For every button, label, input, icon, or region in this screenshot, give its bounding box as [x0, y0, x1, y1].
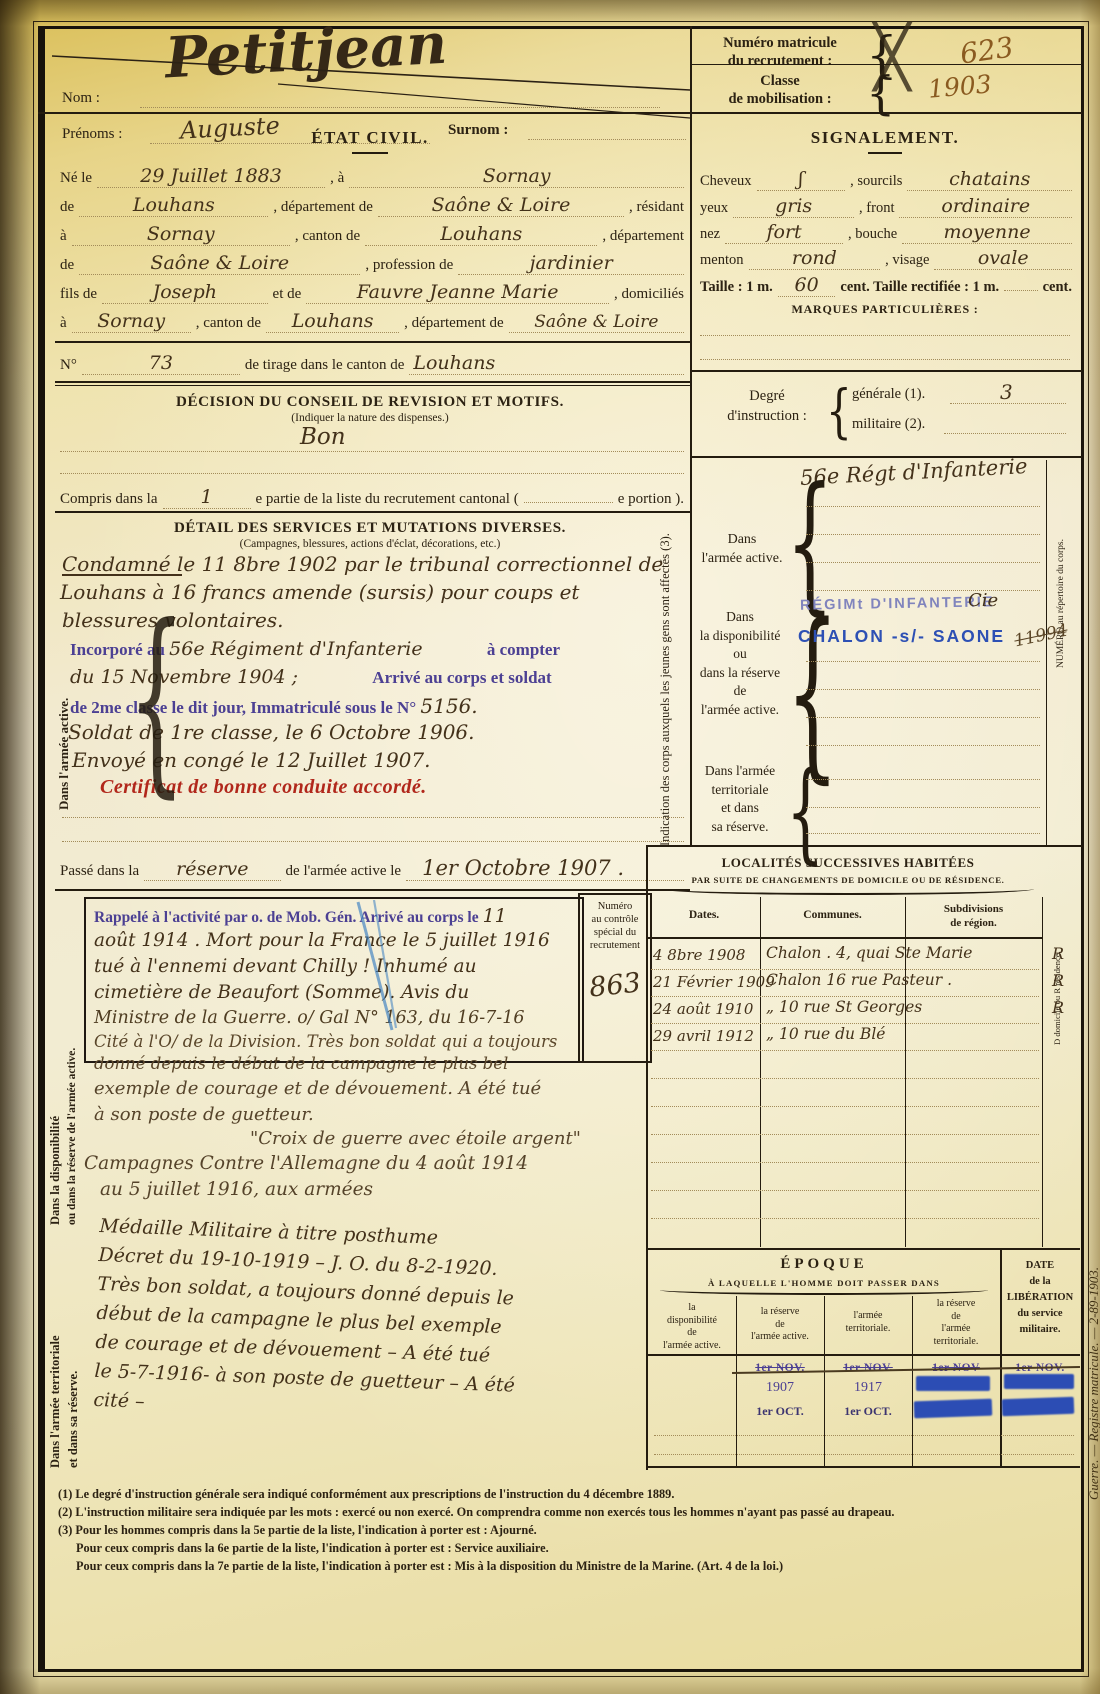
dotline [700, 334, 1070, 336]
margin-indication-corps-label: Indication des corps auxquels les jeunes… [658, 448, 673, 846]
margin-disponibilite-label-2: ou dans la réserve de l'armée active. [66, 935, 78, 1225]
value: ʃ [757, 168, 846, 191]
dotline [60, 472, 684, 474]
value: Fauvre Jeanne Marie [306, 281, 609, 304]
label: de [60, 257, 74, 274]
numero-label: N° [60, 357, 77, 374]
label: Né le [60, 170, 92, 187]
epoque-col-territoriale: l'armée territoriale. [824, 1310, 912, 1335]
dotline [944, 432, 1066, 434]
label: , domiciliés [614, 286, 684, 303]
corps-disponibilite-label: Dans la disponibilité ou dans la réserve… [694, 608, 786, 719]
margin-territoriale-label-2: et dans sa réserve. [66, 1268, 81, 1468]
value: réserve [144, 858, 280, 881]
value: ovale [934, 247, 1072, 270]
rowline [651, 1161, 1039, 1163]
dotline [806, 561, 1040, 563]
degre-instruction-label: Degré d'instruction : [712, 386, 822, 426]
signalement-row-cheveux: Cheveux ʃ , sourcils chatains [700, 168, 1072, 191]
rappele-line-6: Cité à l'O/ de la Division. Très bon sol… [94, 1032, 557, 1051]
label: , canton de [196, 315, 261, 332]
compris-line: Compris dans la 1 e partie de la liste d… [60, 486, 684, 509]
dotline [700, 358, 1070, 360]
controle-special-box: Numéro au contrôle spécial du recrutemen… [578, 893, 652, 1063]
value: moyenne [902, 221, 1072, 244]
footnote-2: (2) L'instruction militaire sera indiqué… [58, 1505, 894, 1520]
dotline [806, 533, 1040, 535]
value: 1er Octobre 1907 . [406, 856, 684, 881]
rowline [651, 968, 1039, 970]
condamnation-line-1: Condamné le 11 8bre 1902 par le tribunal… [62, 552, 663, 576]
value: Louhans [266, 310, 399, 333]
degre-brace: { [826, 382, 852, 440]
rowline [654, 1453, 1074, 1455]
localites-bracket-line [662, 887, 1034, 895]
table-row-date: 29 avril 1912 [653, 1027, 754, 1045]
table-row-commune: Chalon 16 rue Pasteur . [766, 971, 952, 989]
margin-armee-active-brace: { [128, 600, 185, 800]
rappele-line-7: donné depuis le début de la campagne le … [94, 1054, 508, 1073]
rule [55, 511, 690, 513]
dotline [806, 744, 1040, 746]
services-subtitle: (Campagnes, blessures, actions d'éclat, … [55, 538, 685, 550]
controle-special-value: 863 [579, 966, 652, 1004]
rowline [651, 1189, 1039, 1191]
rappele-line-5: Ministre de la Guerre. o/ Gal N° 163, du… [94, 1008, 524, 1028]
footnote-3: (3) Pour les hommes compris dans la 5e p… [58, 1523, 537, 1538]
hw-text: 11 [483, 905, 507, 927]
value: rond [749, 247, 881, 270]
condamne-underline [62, 574, 182, 576]
label: cent. Taille rectifiée : 1 m. [840, 279, 999, 296]
epoque-col-reserve-active: la réserve de l'armée active. [736, 1306, 824, 1344]
table-row-commune: „ 10 rue du Blé [766, 1025, 885, 1043]
margin-armee-active-label: Dans l'armée active. [56, 610, 72, 810]
label: cent. [1043, 279, 1072, 296]
corps-territoriale-label: Dans l'armée territoriale et dans sa rés… [694, 762, 786, 836]
footnote-1: (1) Le degré d'instruction générale sera… [58, 1487, 674, 1502]
margin-registre-note: Guerre. — Registre matricule. — 2-89-190… [1086, 1080, 1100, 1500]
stamp-text: à compter [487, 640, 560, 659]
degre-generale-value: 3 [1000, 380, 1013, 404]
etat-civil-line-2: de Louhans , département de Saône & Loir… [60, 194, 684, 217]
registre-matricule-page: Nom : Petitjean Prénoms : Auguste Surnom… [0, 0, 1100, 1694]
value: Saône & Loire [509, 312, 684, 333]
localites-table: LOCALITÉS SUCCESSIVES HABITÉES PAR SUITE… [648, 847, 1080, 1247]
header-diagonal-lines [38, 26, 698, 136]
epoque-nov-territoriale: 1er NOV. [824, 1362, 912, 1374]
label: , profession de [365, 257, 453, 274]
label: , front [859, 200, 894, 217]
passe-reserve-line: Passé dans la réserve de l'armée active … [60, 856, 684, 881]
localites-subtitle: PAR SUITE DE CHANGEMENTS DE DOMICILE OU … [648, 875, 1048, 885]
blue-pencil-marks [330, 900, 450, 1040]
label: nez [700, 226, 720, 243]
value: chatains [907, 168, 1072, 191]
marques-particulieres-label: MARQUES PARTICULIÈRES : [690, 302, 1080, 317]
label: Cheveux [700, 173, 752, 190]
numero-value: 73 [82, 352, 240, 375]
dotline [60, 450, 684, 452]
label: , canton de [295, 228, 360, 245]
label: et de [273, 286, 302, 303]
value: 1 [163, 486, 251, 509]
margin-territoriale-label-1: Dans l'armée territoriale [48, 1268, 63, 1468]
etat-civil-line-5: fils de Joseph et de Fauvre Jeanne Marie… [60, 281, 684, 304]
tirage-line: N° 73 de tirage dans le canton de Louhan… [60, 352, 684, 375]
etat-civil-line-6: à Sornay , canton de Louhans , départeme… [60, 310, 684, 333]
rule [55, 341, 690, 343]
hw-text: 56e Régiment d'Infanterie [169, 638, 422, 660]
value: Saône & Loire [378, 194, 624, 217]
dotline [950, 402, 1066, 404]
margin-disponibilite-label-1: Dans la disponibilité [48, 935, 63, 1225]
localites-col-domicile-residence: D domicile ou R résidence. [1052, 895, 1062, 1045]
table-row-date: 24 août 1910 [653, 1000, 753, 1018]
label: menton [700, 252, 744, 269]
dotline [806, 806, 1040, 808]
table-row-dr: R [1052, 944, 1064, 963]
label: de [60, 199, 74, 216]
label: , département de [273, 199, 373, 216]
value: fort [725, 221, 843, 244]
classe-value: 1903 [927, 69, 993, 103]
regiment-stamp-line-2: CHALON -s/- SAONE [798, 626, 1005, 647]
label: yeux [700, 200, 728, 217]
epoque-bracket-line [660, 1288, 988, 1295]
blank [1004, 290, 1037, 291]
signalement-row-taille: Taille : 1 m. 60 cent. Taille rectifiée … [700, 274, 1072, 297]
etat-civil-line-3: à Sornay , canton de Louhans , départeme… [60, 223, 684, 246]
rowline [651, 1105, 1039, 1107]
col-divider [760, 897, 761, 1247]
table-row-dr: R [1052, 971, 1064, 990]
blue-ink-blot [914, 1399, 993, 1419]
compagnie-annotation: Cie [968, 590, 998, 611]
rowline [651, 1022, 1039, 1024]
table-row-date: 4 8bre 1908 [653, 946, 745, 964]
table-row-dr: R [1052, 998, 1064, 1017]
blue-ink-blot [916, 1376, 990, 1391]
col-divider [1042, 897, 1043, 1247]
epoque-table: ÉPOQUE À LAQUELLE L'HOMME DOIT PASSER DA… [648, 1248, 1080, 1468]
blue-ink-blot [1002, 1397, 1075, 1417]
dotline [806, 589, 1040, 591]
rule [55, 385, 690, 386]
dotline [806, 832, 1040, 834]
value: Joseph [102, 281, 267, 304]
stamp-text: de 2me classe le dit jour, Immatriculé s… [70, 698, 416, 717]
decision-value: Bon [300, 424, 346, 450]
label: fils de [60, 286, 97, 303]
table-row-date: 21 Février 1909 [653, 973, 775, 991]
epoque-oct-territoriale: 1er OCT. [824, 1404, 912, 1419]
hw-text: 5156. [420, 694, 477, 718]
label: Passé dans la [60, 863, 139, 880]
rappele-line-2: août 1914 . Mort pour la France le 5 jui… [94, 930, 550, 951]
value: Sornay [349, 165, 684, 188]
rule [55, 889, 690, 891]
epoque-subtitle: À LAQUELLE L'HOMME DOIT PASSER DANS [648, 1278, 1000, 1288]
label: e portion ). [618, 491, 684, 508]
localites-col-dates: Dates. [648, 909, 760, 921]
dotline [806, 688, 1040, 690]
label: , bouche [848, 226, 897, 243]
header-underline [648, 937, 1042, 939]
dotline [806, 778, 1040, 780]
signalement-title-tick [868, 152, 902, 154]
blank [524, 502, 613, 503]
rule [55, 381, 690, 383]
epoque-col-liberation: DATE de la LIBÉRATION du service militai… [1000, 1258, 1080, 1338]
croix-de-guerre-line: "Croix de guerre avec étoile argent" [250, 1128, 581, 1149]
signalement-row-nez: nez fort , bouche moyenne [700, 221, 1072, 244]
table-top-border [648, 1248, 1080, 1250]
rowline [651, 1077, 1039, 1079]
dotline [806, 505, 1040, 507]
dotline [62, 840, 684, 842]
dotline [806, 716, 1040, 718]
dotline [806, 660, 1040, 662]
epoque-col-disponibilite: la disponibilité de l'armée active. [648, 1302, 736, 1352]
citation-line-2: à son poste de guetteur. [94, 1104, 314, 1125]
canton-value: Louhans [409, 352, 684, 375]
decision-subtitle: (Indiquer la nature des dispenses.) [55, 412, 685, 424]
label: Taille : 1 m. [700, 279, 773, 296]
header-underline [648, 1354, 1080, 1356]
footnote-5: Pour ceux compris dans la 7e partie de l… [76, 1559, 783, 1574]
signalement-row-menton: menton rond , visage ovale [700, 247, 1072, 270]
label: à [60, 228, 67, 245]
citation-line-1: exemple de courage et de dévouement. A é… [94, 1078, 541, 1099]
medaille-block: Médaille Militaire à titre posthume Décr… [93, 1212, 521, 1430]
label: , département de [404, 315, 504, 332]
localites-title: LOCALITÉS SUCCESSIVES HABITÉES [648, 855, 1048, 871]
label: , département [602, 228, 684, 245]
value: Louhans [79, 194, 268, 217]
epoque-year-reserve-active: 1907 [736, 1380, 824, 1396]
label: , sourcils [850, 173, 902, 190]
rowline [654, 1434, 1074, 1436]
value: Sornay [72, 310, 191, 333]
etat-civil-line-1: Né le 29 Juillet 1883 , à Sornay [60, 165, 684, 188]
localites-col-subdivisions: Subdivisions de région. [905, 902, 1042, 930]
corps-active-label: Dans l'armée active. [698, 530, 786, 568]
label: Compris dans la [60, 491, 158, 508]
value: 60 [778, 274, 836, 297]
signalement-row-yeux: yeux gris , front ordinaire [700, 195, 1072, 218]
footnote-4: Pour ceux compris dans la 6e partie de l… [76, 1541, 549, 1556]
value: Sornay [72, 223, 290, 246]
stamp-text: Arrivé au corps et soldat [372, 668, 551, 687]
etat-civil-title-tick [352, 152, 388, 154]
numero-repertoire-divider [1046, 460, 1047, 845]
campagnes-line-1: Campagnes Contre l'Allemagne du 4 août 1… [84, 1153, 528, 1174]
main-column-divider [690, 26, 692, 845]
label: , visage [885, 252, 929, 269]
classe-brace: { [866, 70, 895, 116]
rowline [651, 1049, 1039, 1051]
dotline [62, 816, 684, 818]
controle-special-label: Numéro au contrôle spécial du recrutemen… [580, 895, 650, 952]
epoque-col-reserve-territoriale: la réserve de l'armée territoriale. [912, 1298, 1000, 1348]
label: e partie de la liste du recrutement cant… [256, 491, 519, 508]
campagnes-line-2: au 5 juillet 1916, aux armées [100, 1179, 373, 1200]
rowline [651, 1133, 1039, 1135]
label: , à [330, 170, 344, 187]
label: de tirage dans le canton de [245, 357, 405, 374]
value: 29 Juillet 1883 [97, 165, 325, 188]
epoque-title: ÉPOQUE [648, 1256, 1000, 1273]
value: Saône & Loire [79, 252, 360, 275]
etat-civil-line-4: de Saône & Loire , profession de jardini… [60, 252, 684, 275]
classe-label: Classe de mobilisation : [700, 72, 860, 108]
rule [690, 370, 1082, 372]
decision-title: DÉCISION DU CONSEIL DE REVISION ET MOTIF… [55, 394, 685, 411]
label: à [60, 315, 67, 332]
rowline [651, 995, 1039, 997]
table-bottom-border [648, 1466, 1080, 1468]
value: jardinier [458, 252, 684, 275]
regiment-stamp-line-1: RÉGIMt D'INFANTERIE [800, 594, 995, 613]
table-row-commune: Chalon . 4, quai Ste Marie [766, 944, 972, 962]
degre-militaire-label: militaire (2). [852, 416, 925, 433]
table-row-commune: „ 10 rue St Georges [766, 998, 922, 1016]
epoque-oct-reserve-active: 1er OCT. [736, 1404, 824, 1419]
localites-col-communes: Communes. [760, 909, 905, 921]
signalement-title: SIGNALEMENT. [690, 128, 1080, 148]
value: gris [733, 195, 854, 218]
services-title: DÉTAIL DES SERVICES ET MUTATIONS DIVERSE… [55, 520, 685, 537]
value: ordinaire [899, 195, 1072, 218]
envoye-conge-line: Envoyé en congé le 12 Juillet 1907. [72, 748, 430, 772]
rowline [651, 1217, 1039, 1219]
epoque-year-territoriale: 1917 [824, 1380, 912, 1396]
value: Louhans [365, 223, 597, 246]
degre-generale-label: générale (1). [852, 386, 925, 403]
label: , résidant [629, 199, 684, 216]
blue-ink-blot [1004, 1374, 1074, 1389]
label: de l'armée active le [286, 863, 402, 880]
